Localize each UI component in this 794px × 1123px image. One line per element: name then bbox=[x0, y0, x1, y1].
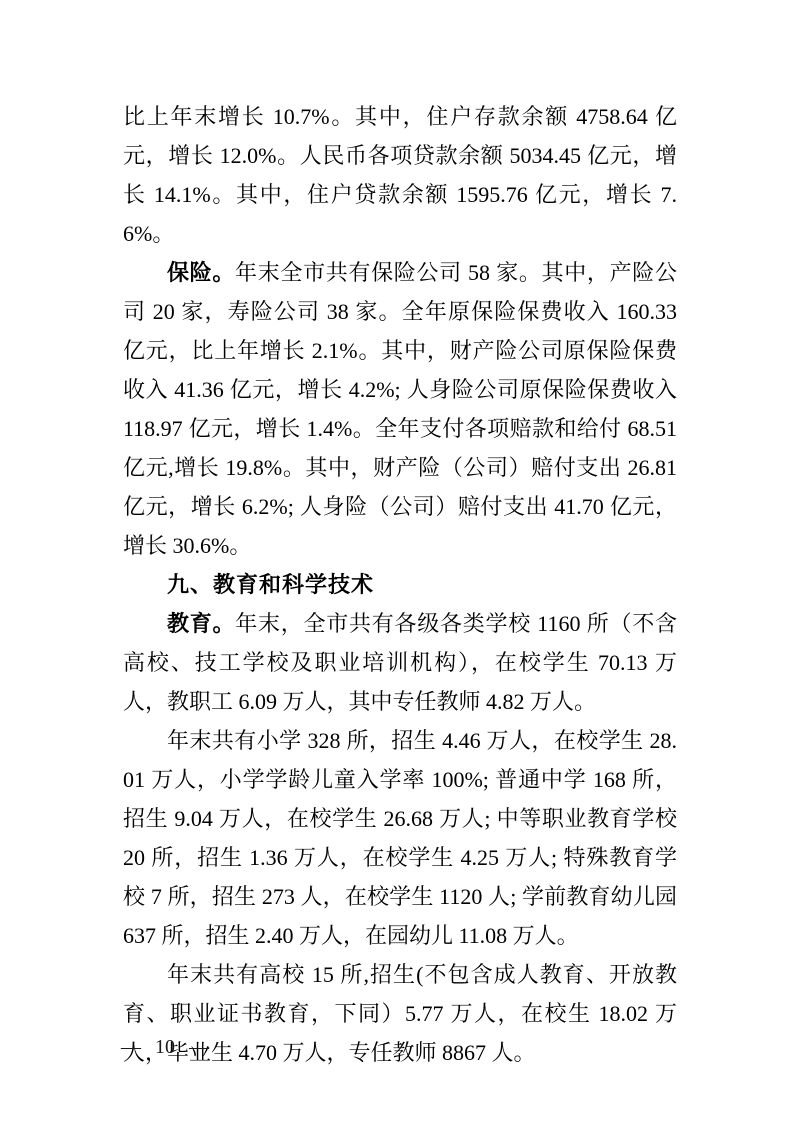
page-number: 10 bbox=[155, 1033, 175, 1061]
paragraph-lead-insurance: 保险。 bbox=[167, 260, 235, 285]
document-page: 比上年末增长 10.7%。其中，住户存款余额 4758.64 亿元，增长 12.… bbox=[0, 0, 794, 1123]
paragraph-schools: 年末共有小学 328 所，招生 4.46 万人，在校学生 28.01 万人，小学… bbox=[123, 721, 677, 955]
paragraph-text: 年末全市共有保险公司 58 家。其中，产险公司 20 家，寿险公司 38 家。全… bbox=[123, 260, 677, 558]
paragraph-text: 年末共有小学 328 所，招生 4.46 万人，在校学生 28.01 万人，小学… bbox=[123, 728, 677, 948]
paragraph-education: 教育。年末，全市共有各级各类学校 1160 所（不含高校、技工学校及职业培训机构… bbox=[123, 604, 677, 721]
footer-dash-left: — bbox=[121, 1033, 141, 1061]
document-body: 比上年末增长 10.7%。其中，住户存款余额 4758.64 亿元，增长 12.… bbox=[123, 97, 677, 1072]
paragraph-text: 比上年末增长 10.7%。其中，住户存款余额 4758.64 亿元，增长 12.… bbox=[123, 104, 677, 246]
paragraph-insurance: 保险。年末全市共有保险公司 58 家。其中，产险公司 20 家，寿险公司 38 … bbox=[123, 253, 677, 565]
footer-dash-right: — bbox=[189, 1033, 209, 1061]
paragraph-finance-continuation: 比上年末增长 10.7%。其中，住户存款余额 4758.64 亿元，增长 12.… bbox=[123, 97, 677, 253]
page-footer: —10— bbox=[121, 1033, 209, 1061]
paragraph-lead-education: 教育。 bbox=[167, 611, 235, 636]
section-heading-education-science: 九、教育和科学技术 bbox=[123, 565, 677, 604]
